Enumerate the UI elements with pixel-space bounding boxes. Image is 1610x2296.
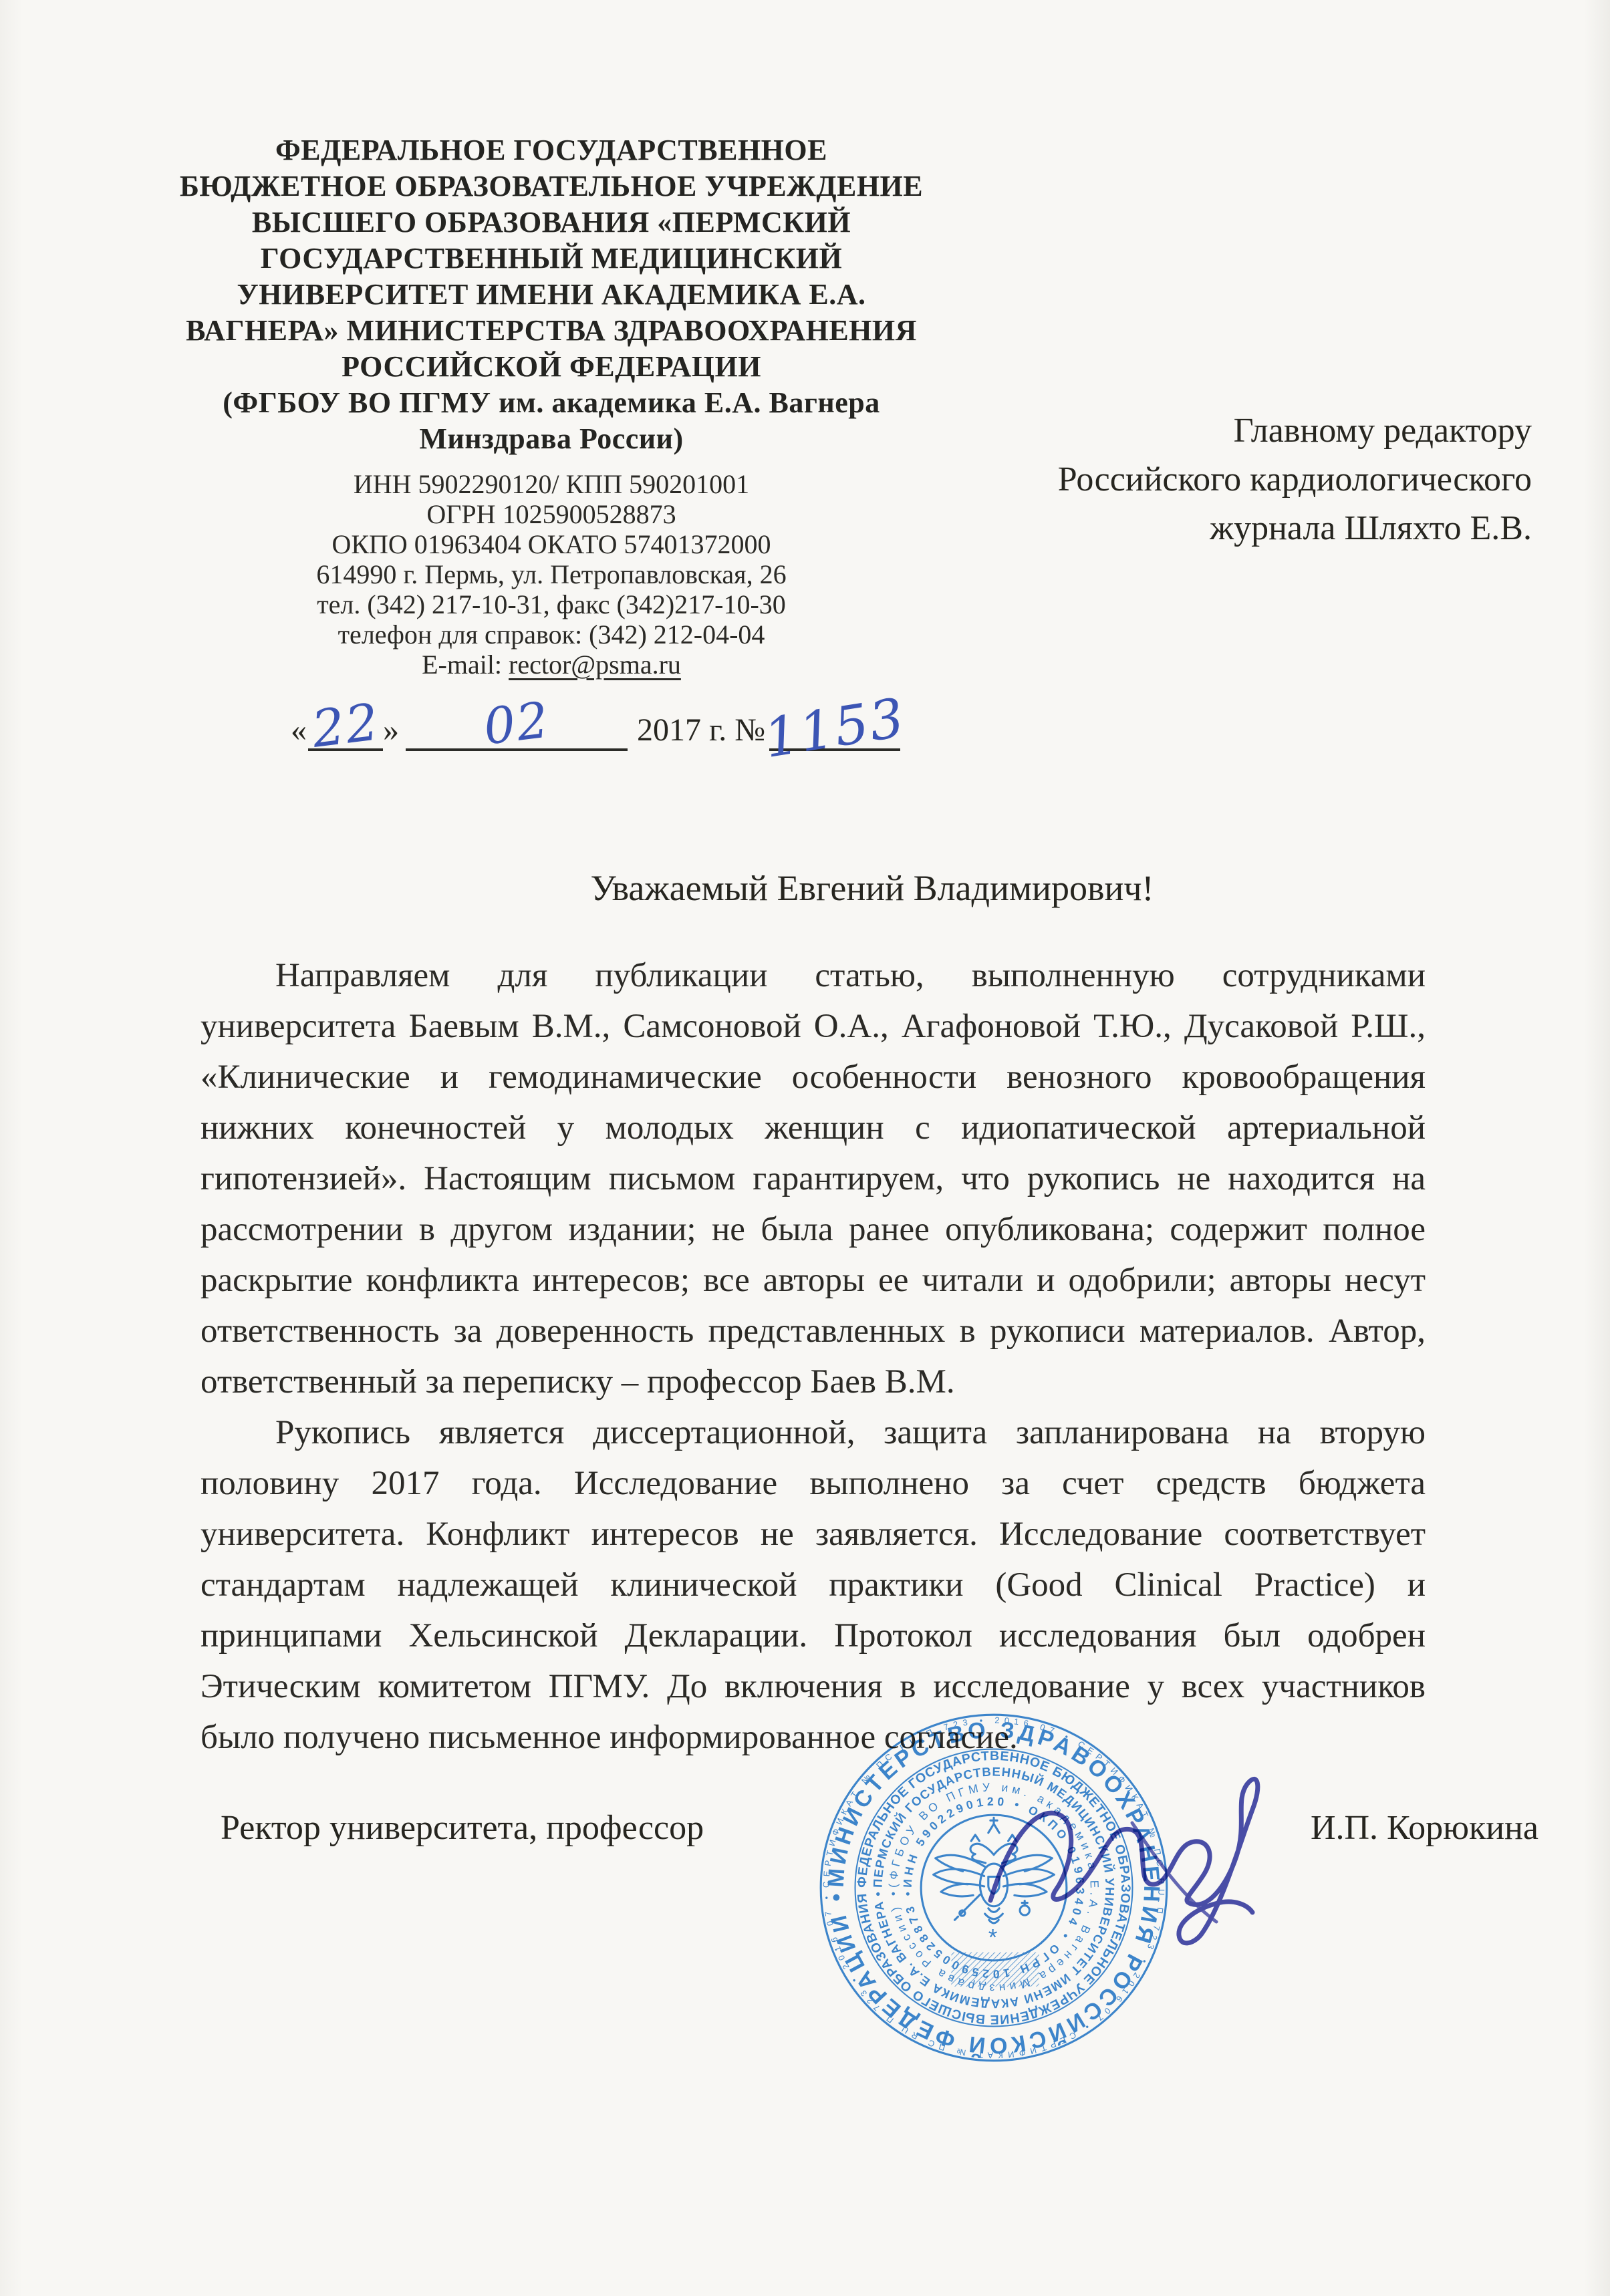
email-value: rector@psma.ru xyxy=(509,650,681,680)
org-name-line: ВЫСШЕГО ОБРАЗОВАНИЯ «ПЕРМСКИЙ xyxy=(160,204,942,241)
day-blank: 22 xyxy=(308,687,383,751)
pen-signature xyxy=(981,1743,1268,1963)
org-name-line: БЮДЖЕТНОЕ ОБРАЗОВАТЕЛЬНОЕ УЧРЕЖДЕНИЕ xyxy=(160,168,942,204)
addressee-line: Главному редактору xyxy=(936,406,1532,455)
addressee-line: Российского кардиологического xyxy=(936,455,1532,504)
org-name-line: РОССИЙСКОЙ ФЕДЕРАЦИИ xyxy=(160,349,942,385)
signer-role: Ректор университета, профессор xyxy=(221,1808,704,1848)
body-paragraph-2: Рукопись является диссертационной, защит… xyxy=(200,1407,1426,1763)
requisites-line-email: E-mail: rector@psma.ru xyxy=(160,650,942,680)
handwritten-month: 02 xyxy=(481,691,553,756)
open-quote: « xyxy=(291,712,307,748)
body-paragraph-1: Направляем для публикации статью, выполн… xyxy=(200,950,1426,1407)
requisites-line-okpo-okato: ОКПО 01963404 ОКАТО 57401372000 xyxy=(160,529,942,559)
org-name-line: ГОСУДАРСТВЕННЫЙ МЕДИЦИНСКИЙ xyxy=(160,241,942,277)
year-number-label: 2017 г. № xyxy=(637,712,765,748)
letter-body: Направляем для публикации статью, выполн… xyxy=(200,950,1426,1763)
number-blank: 1153 xyxy=(769,687,900,751)
handwritten-day: 22 xyxy=(309,692,383,759)
requisites-line-phone-fax: тел. (342) 217-10-31, факс (342)217-10-3… xyxy=(160,589,942,619)
requisites-line-info-phone: телефон для справок: (342) 212-04-04 xyxy=(160,619,942,650)
close-quote: » xyxy=(383,712,399,748)
addressee-line: журнала Шляхто Е.В. xyxy=(936,504,1532,553)
requisites-line-address: 614990 г. Пермь, ул. Петропавловская, 26 xyxy=(160,559,942,589)
month-blank: 02 xyxy=(406,687,628,751)
org-name-line: ВАГНЕРА» МИНИСТЕРСТВА ЗДРАВООХРАНЕНИЯ xyxy=(160,313,942,349)
salutation: Уважаемый Евгений Владимирович! xyxy=(261,867,1484,909)
org-name-line: УНИВЕРСИТЕТ ИМЕНИ АКАДЕМИКА Е.А. xyxy=(160,277,942,313)
requisites-line-ogrn: ОГРН 1025900528873 xyxy=(160,499,942,529)
email-label: E-mail: xyxy=(422,650,509,680)
letterhead-org-name: ФЕДЕРАЛЬНОЕ ГОСУДАРСТВЕННОЕ БЮДЖЕТНОЕ ОБ… xyxy=(160,132,942,457)
org-name-line: ФЕДЕРАЛЬНОЕ ГОСУДАРСТВЕННОЕ xyxy=(160,132,942,168)
scanned-letter-page: ФЕДЕРАЛЬНОЕ ГОСУДАРСТВЕННОЕ БЮДЖЕТНОЕ ОБ… xyxy=(0,0,1610,2296)
date-number-line: «22»022017 г. №1153 xyxy=(291,684,900,751)
org-name-line: (ФГБОУ ВО ПГМУ им. академика Е.А. Вагнер… xyxy=(160,385,942,421)
signer-name: И.П. Корюкина xyxy=(1311,1808,1538,1848)
requisites-line-inn-kpp: ИНН 5902290120/ КПП 590201001 xyxy=(160,469,942,499)
org-name-line: Минздрава России) xyxy=(160,421,942,457)
letterhead-requisites: ИНН 5902290120/ КПП 590201001 ОГРН 10259… xyxy=(160,469,942,680)
handwritten-outgoing-number: 1153 xyxy=(760,686,910,770)
addressee-block: Главному редактору Российского кардиолог… xyxy=(936,406,1532,553)
